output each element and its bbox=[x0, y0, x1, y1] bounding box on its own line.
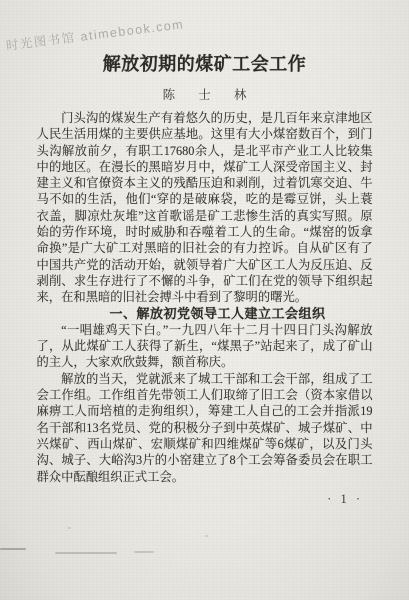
article-body: 门头沟的煤炭生产有着悠久的历史，是几百年来京津地区人民生活用煤的主要供应基地。这… bbox=[37, 110, 373, 485]
scan-artifact bbox=[68, 527, 71, 529]
paragraph: 解放的当天，党就派来了城工干部和工会干部，组成了工会工作组。工作组首先带领工人们… bbox=[37, 371, 373, 485]
scan-artifact bbox=[134, 551, 154, 553]
scan-artifact bbox=[205, 535, 208, 537]
author-name: 陈 士 林 bbox=[0, 85, 409, 103]
scanned-book-page: 时光图书馆 atimebook.com 解放初期的煤矿工会工作 陈 士 林 门头… bbox=[0, 0, 409, 600]
scan-artifact bbox=[55, 552, 117, 554]
section-heading: 一、解放初党领导工人建立工会组织 bbox=[37, 306, 373, 322]
intro-paragraph: 门头沟的煤炭生产有着悠久的历史，是几百年来京津地区人民生活用煤的主要供应基地。这… bbox=[37, 110, 373, 306]
page-number: · 1 · bbox=[327, 492, 363, 507]
scan-artifact bbox=[0, 548, 26, 550]
paragraph: “一唱雄鸡天下白。”一九四八年十二月十四日门头沟解放了，从此煤矿工人获得了新生，… bbox=[37, 322, 373, 371]
